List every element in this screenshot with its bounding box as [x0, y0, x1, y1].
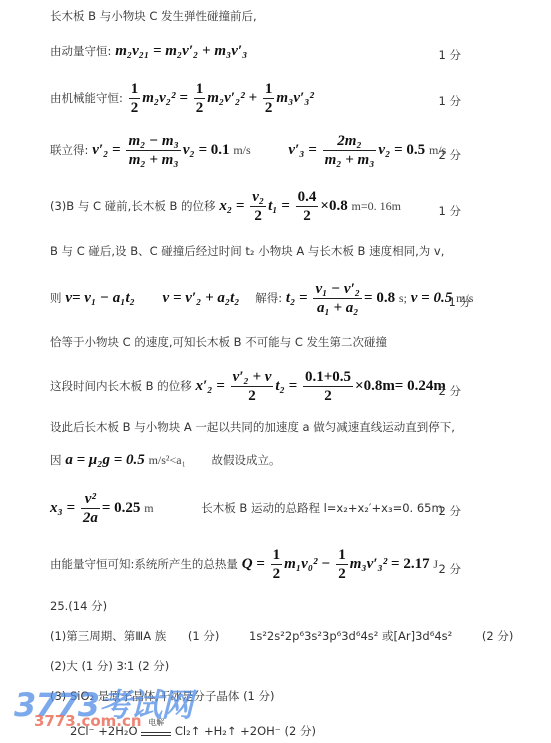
products: Cl₂↑ +H₂↑ +2OH⁻ [175, 724, 281, 738]
formula: a = μ₂g = 0.5 [65, 452, 144, 468]
score: (1 分) [188, 629, 219, 643]
label: 因 [50, 453, 62, 467]
score: 2 分 [439, 383, 461, 399]
fraction: 12 [194, 80, 206, 117]
operator: + [249, 90, 258, 106]
lhs: x₂ = [219, 198, 244, 214]
score: 1 分 [449, 294, 471, 310]
equation: v = v′₂ + a₂t₂ [163, 290, 240, 306]
score: 1 分 [439, 93, 461, 109]
lhs: v′₂ = [92, 142, 120, 158]
fraction: v₁ − v′₂a₁ + a₂ [313, 280, 362, 317]
term: m₁v₀² [284, 556, 317, 572]
fraction: v₂2 [250, 188, 266, 225]
rhs: v₂ = [378, 142, 406, 158]
fraction: 0.42 [296, 188, 319, 225]
unit: J [433, 557, 438, 571]
lhs: x₃ = [50, 500, 75, 516]
electron-config: 1s²2s²2p⁶3s²3p⁶3d⁶4s² 或[Ar]3d⁶4s² [249, 629, 452, 643]
value: = 2.17 [391, 556, 430, 572]
fraction: v′₂ + v2 [231, 368, 274, 405]
label: 解得: [255, 291, 282, 305]
answer: (1)第三周期、第ⅢA 族 [50, 629, 166, 643]
label: (3)B 与 C 碰前,长木板 B 的位移 [50, 199, 216, 213]
term: ×0.8 [320, 198, 347, 214]
total-path: 长木板 B 运动的总路程 l=x₂+x₂′+x₃=0. 65m [201, 501, 442, 515]
value: = 0.8 [364, 290, 395, 306]
reaction-condition: 电解 [141, 728, 171, 736]
unit: m/s²<a₁ [149, 453, 186, 467]
score: 1 分 [439, 203, 461, 219]
operator: = [179, 90, 188, 106]
answer-part-1: (1)第三周期、第ⅢA 族 (1 分) 1s²2s²2p⁶3s²3p⁶3d⁶4s… [50, 628, 513, 644]
score: 2 分 [439, 561, 461, 577]
formula: m₂v₂₁ = m₂v′₂ + m₃v′₃ [115, 43, 247, 59]
label: 由动量守恒: [50, 44, 111, 58]
term: m₃v′₃² [350, 556, 388, 572]
result: m=0. 16m [352, 199, 401, 213]
displacement-before: (3)B 与 C 碰前,长木板 B 的位移 x₂ = v₂2t₁ = 0.42×… [50, 188, 401, 225]
lhs: t₂ = [286, 290, 308, 306]
heat-equation: 由能量守恒可知:系统所产生的总热量 Q = 12m₁v₀² − 12m₃v′₃²… [50, 546, 438, 583]
unit: m/s [233, 143, 250, 157]
watermark-url: 3773.com.cn [34, 712, 142, 730]
fraction: 0.1+0.52 [303, 368, 353, 405]
text-line: 设此后长木板 B 与小物块 A 一起以共同的加速度 a 做匀减速直线运动直到停下… [50, 419, 455, 435]
text-line: 长木板 B 与小物块 C 发生弹性碰撞前后, [50, 8, 257, 24]
fraction: v²2a [81, 490, 100, 527]
combined-result: 联立得: v′₂ = m₂ − m₃m₂ + m₃v₂ = 0.1 m/s v′… [50, 132, 446, 169]
fraction: 12 [271, 546, 283, 583]
term: t₂ = [275, 378, 297, 394]
displacement-during: 这段时间内长木板 B 的位移 x′₂ = v′₂ + v2t₂ = 0.1+0.… [50, 368, 446, 405]
rhs: v₂ = [183, 142, 211, 158]
value: v = 0.5 [411, 290, 452, 306]
value: 0.1 [211, 142, 230, 158]
label: 则 [50, 291, 62, 305]
label: 由能量守恒可知:系统所产生的总热量 [50, 557, 238, 571]
unit: s; [399, 291, 407, 305]
fraction: 12 [336, 546, 348, 583]
fraction: m₂ − m₃m₂ + m₃ [126, 132, 180, 169]
lhs: Q = [242, 556, 265, 572]
lhs: v′₃ = [288, 142, 316, 158]
value: = 0.25 [102, 500, 141, 516]
label: 由机械能守恒: [50, 91, 123, 105]
score: 2 分 [439, 147, 461, 163]
question-heading: 25.(14 分) [50, 598, 107, 614]
value: 0.5 [406, 142, 425, 158]
equation: v= v₁ − a₁t₂ [65, 290, 135, 306]
fraction: 12 [263, 80, 275, 117]
term: t₁ = [268, 198, 290, 214]
answer-part-2: (2)大 (1 分) 3∶1 (2 分) [50, 658, 169, 674]
score: (2 分) [285, 724, 316, 738]
label: 联立得: [50, 143, 88, 157]
momentum-equation: 由动量守恒: m₂v₂₁ = m₂v′₂ + m₃v′₃ [50, 43, 247, 60]
operator: − [321, 556, 330, 572]
term: m₂v₂² [142, 90, 175, 106]
energy-equation: 由机械能守恒: 12m₂v₂² = 12m₂v′₂² + 12m₃v′₃² [50, 80, 314, 117]
text-line: B 与 C 碰后,设 B、C 碰撞后经过时间 t₂ 小物块 A 与长木板 B 速… [50, 243, 444, 259]
score: 1 分 [439, 47, 461, 63]
score: 2 分 [439, 503, 461, 519]
lhs: x′₂ = [196, 378, 225, 394]
note: 故假设成立。 [211, 453, 280, 467]
term: ×0.8m= 0.24m [355, 378, 446, 394]
term: m₃v′₃² [276, 90, 314, 106]
fraction: 2m₂m₂ + m₃ [323, 132, 377, 169]
time-solution: 则 v= v₁ − a₁t₂ v = v′₂ + a₂t₂ 解得: t₂ = v… [50, 280, 473, 317]
x3-and-total-path: x₃ = v²2a= 0.25 m 长木板 B 运动的总路程 l=x₂+x₂′+… [50, 490, 443, 527]
score: (2 分) [482, 629, 513, 643]
unit: m [144, 501, 153, 515]
text-line: 恰等于小物块 C 的速度,可知长木板 B 不可能与 C 发生第二次碰撞 [50, 334, 387, 350]
label: 这段时间内长木板 B 的位移 [50, 379, 192, 393]
fraction: 12 [129, 80, 141, 117]
term: m₂v′₂² [207, 90, 245, 106]
acceleration-check: 因 a = μ₂g = 0.5 m/s²<a₁ 故假设成立。 [50, 452, 280, 469]
